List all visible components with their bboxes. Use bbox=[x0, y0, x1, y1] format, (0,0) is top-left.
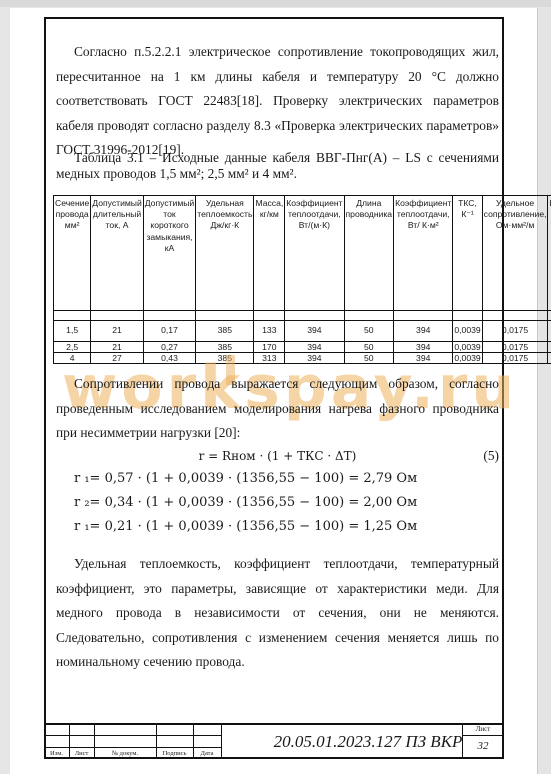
cell: 394 bbox=[285, 353, 344, 364]
calculation-r2: r ₂= 0,34 · (1 + 0,0039 · (1356,55 − 100… bbox=[74, 491, 417, 516]
header-specific-heat: Удельная теплоемкость Дж/кг·К bbox=[196, 196, 254, 311]
stamp-label-signature: Подпись bbox=[156, 750, 193, 758]
header-conductor-length: Длина проводника bbox=[344, 196, 394, 311]
cell: 313 bbox=[254, 353, 285, 364]
table-spacer-row bbox=[54, 311, 551, 321]
paragraph-copper-parameters: Удельная теплоемкость, коэффициент тепло… bbox=[56, 552, 499, 675]
cell: 50 bbox=[344, 342, 394, 353]
page-number: 32 bbox=[462, 740, 504, 752]
table-header-row: Сечение провода мм² Допустимый длительны… bbox=[54, 196, 551, 311]
cell: 133 bbox=[254, 321, 285, 342]
header-mass: Масса, кг/км bbox=[254, 196, 285, 311]
cell: 394 bbox=[394, 353, 453, 364]
document-code: 20.05.01.2023.127 ПЗ ВКР bbox=[266, 731, 470, 753]
cell: 394 bbox=[394, 342, 453, 353]
cell: 394 bbox=[394, 321, 453, 342]
cell: 21 bbox=[91, 321, 143, 342]
cell: 0,43 bbox=[143, 353, 195, 364]
stamp-label-date: Дата bbox=[193, 750, 221, 758]
cell: 21 bbox=[91, 342, 143, 353]
cell: 0,0175 bbox=[482, 353, 548, 364]
cell: 0,0039 bbox=[453, 353, 482, 364]
formula-resistance: r = Rном · (1 + ТКС · ΔT) (5) bbox=[56, 444, 499, 469]
cell: 50 bbox=[344, 321, 394, 342]
cell: 394 bbox=[285, 342, 344, 353]
viewer-scrollbar[interactable] bbox=[540, 8, 551, 774]
cell: 4 bbox=[54, 353, 91, 364]
paragraph-gost-requirements: Согласно п.5.2.2.1 электрическое сопроти… bbox=[56, 40, 499, 163]
cell: 2,5 bbox=[54, 342, 91, 353]
table-row: 2,5 21 0,27 385 170 394 50 394 0,0039 0,… bbox=[54, 342, 551, 353]
calculation-r1: r ₁= 0,57 · (1 + 0,0039 · (1356,55 − 100… bbox=[74, 467, 417, 492]
cell: 385 bbox=[196, 353, 254, 364]
stamp-sheet-label: Лист bbox=[462, 725, 504, 733]
formula-number: (5) bbox=[483, 444, 499, 469]
cell: 394 bbox=[285, 321, 344, 342]
header-tks: ТКС, К⁻¹ bbox=[453, 196, 482, 311]
cell: 385 bbox=[196, 321, 254, 342]
stamp-label-sheet: Лист bbox=[69, 750, 94, 758]
table-row: 1,5 21 0,17 385 133 394 50 394 0,0039 0,… bbox=[54, 321, 551, 342]
cell: 0,0039 bbox=[453, 342, 482, 353]
formula-expression: r = Rном · (1 + ТКС · ΔT) bbox=[199, 449, 357, 463]
header-short-circuit-current: Допустимый ток короткого замыкания, кА bbox=[143, 196, 195, 311]
header-cross-section: Сечение провода мм² bbox=[54, 196, 91, 311]
header-continuous-current: Допустимый длительный ток, А bbox=[91, 196, 143, 311]
header-resistivity: Удельное сопротивление, Ом·мм²/м bbox=[482, 196, 548, 311]
cell: 1,5 bbox=[54, 321, 91, 342]
stamp-label-change: Изм. bbox=[44, 750, 69, 758]
cell: 170 bbox=[254, 342, 285, 353]
cell: 50 bbox=[344, 353, 394, 364]
cell: 0,0039 bbox=[453, 321, 482, 342]
cell: 0,17 bbox=[143, 321, 195, 342]
cell: 0,0175 bbox=[482, 342, 548, 353]
title-block-stamp: Изм. Лист № докум. Подпись Дата 20.05.01… bbox=[44, 723, 504, 759]
cell: 385 bbox=[196, 342, 254, 353]
stamp-label-doc-number: № докум. bbox=[94, 750, 156, 758]
header-heat-transfer-coef: Коэффициент теплоотдачи, Вт/(м·К) bbox=[285, 196, 344, 311]
viewer-top-bar bbox=[0, 0, 551, 7]
calculation-r3: r ₁= 0,21 · (1 + 0,0039 · (1356,55 − 100… bbox=[74, 515, 417, 540]
cell: 27 bbox=[91, 353, 143, 364]
cell: 0,0175 bbox=[482, 321, 548, 342]
table-caption: Таблица 3.1 – Исходные данные кабеля ВВГ… bbox=[56, 150, 499, 181]
cell: 0,27 bbox=[143, 342, 195, 353]
paragraph-resistance-expression: Сопротивлении провода выражается следующ… bbox=[56, 372, 499, 446]
cable-data-table: Сечение провода мм² Допустимый длительны… bbox=[53, 195, 551, 364]
table-row: 4 27 0,43 385 313 394 50 394 0,0039 0,01… bbox=[54, 353, 551, 364]
header-heat-transfer-coef-2: Коэффициент теплоотдачи, Вт/ К·м² bbox=[394, 196, 453, 311]
